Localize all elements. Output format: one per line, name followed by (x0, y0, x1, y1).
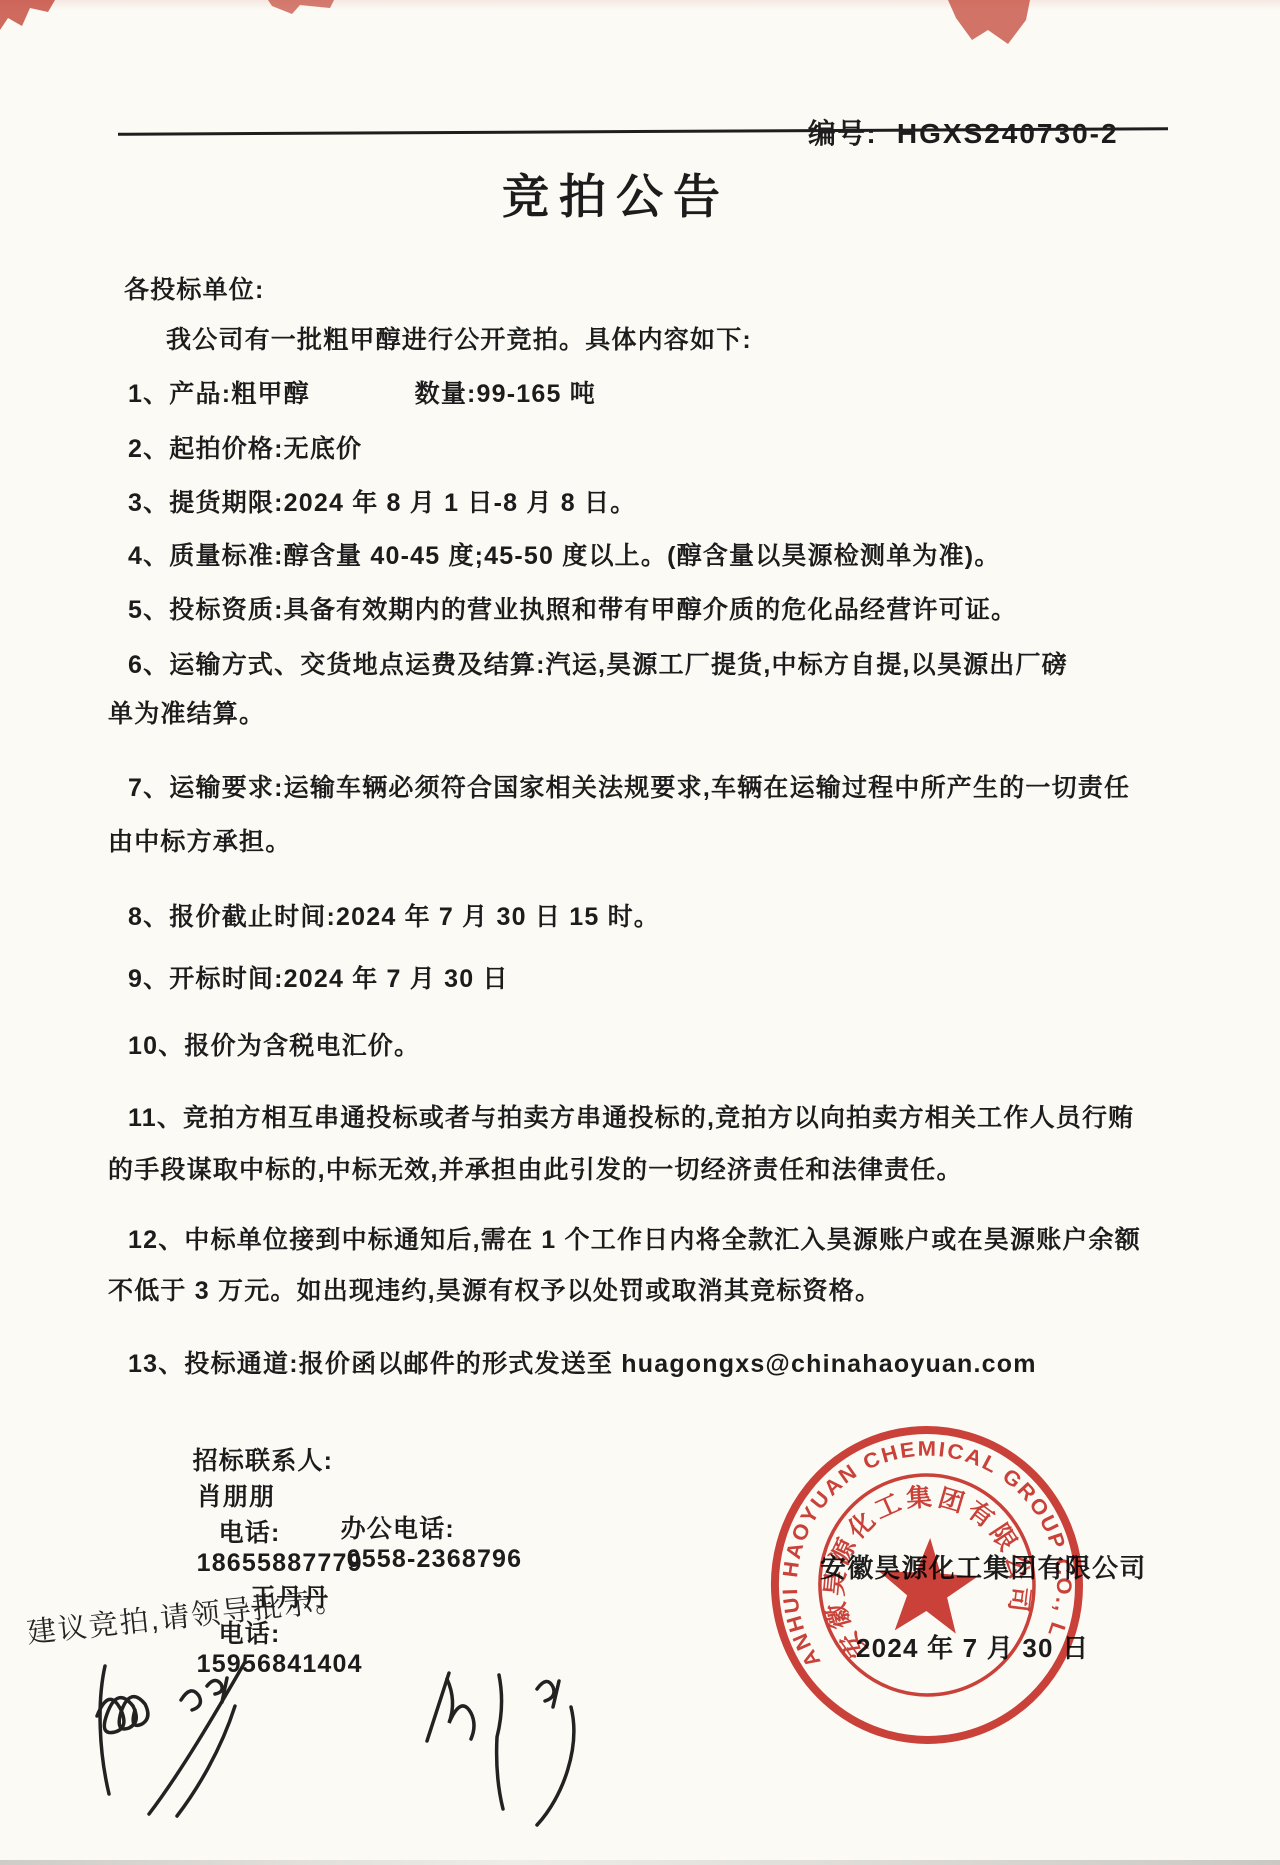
item-line-12a: 12、中标单位接到中标通知后,需在 1 个工作日内将全款汇入昊源账户或在昊源账户… (128, 1220, 1141, 1256)
item-line-6b: 单为准结算。 (108, 694, 265, 730)
star-shape (876, 1535, 980, 1634)
scan-artifacts (0, 0, 1280, 60)
item-line-11a: 11、竞拍方相互串通投标或者与拍卖方串通投标的,竞拍方以向拍卖方相关工作人员行贿 (128, 1098, 1134, 1134)
item-line-2: 2、起拍价格:无底价 (128, 429, 362, 465)
signature-scribble-1 (85, 1640, 325, 1830)
item-line-11b: 的手段谋取中标的,中标无效,并承担由此引发的一切经济责任和法律责任。 (108, 1150, 963, 1186)
salutation: 各投标单位: (124, 270, 265, 306)
item-line-7b: 由中标方承担。 (108, 822, 291, 858)
item-line-9: 9、开标时间:2024 年 7 月 30 日 (128, 959, 509, 995)
item-line-4: 4、质量标准:醇含量 40-45 度;45-50 度以上。(醇含量以昊源检测单为… (128, 536, 1001, 572)
item-line-8: 8、报价截止时间:2024 年 7 月 30 日 15 时。 (128, 897, 660, 933)
company-seal-stamp: ANHUI HAOYUAN CHEMICAL GROUP CO., LTD. 安… (745, 1402, 1108, 1770)
item-line-12b: 不低于 3 万元。如出现违约,昊源有权予以处罚或取消其竞标资格。 (108, 1271, 881, 1307)
contact-phone-label-1: 电话: (219, 1513, 281, 1549)
office-phone-value: 0558-2368796 (347, 1545, 523, 1574)
office-phone-label: 办公电话: (341, 1509, 455, 1545)
intro-paragraph: 我公司有一批粗甲醇进行公开竞拍。具体内容如下: (166, 320, 752, 356)
stamp-ring-text: ANHUI HAOYUAN CHEMICAL GROUP CO., LTD. (745, 1402, 1082, 1676)
item-line-5: 5、投标资质:具备有效期内的营业执照和带有甲醇介质的危化品经营许可证。 (128, 590, 1017, 626)
doc-number-value: HGXS240730-2 (897, 118, 1119, 149)
scan-bottom-edge (0, 1860, 1280, 1865)
contact-person-1: 肖朋朋 (197, 1477, 276, 1513)
item-line-3: 3、提货期限:2024 年 8 月 1 日-8 月 8 日。 (128, 483, 636, 519)
scanned-document-page: 编号:HGXS240730-2 竞拍公告 各投标单位: 我公司有一批粗甲醇进行公… (0, 0, 1280, 1865)
signature-scribble-2 (415, 1645, 625, 1835)
item-line-13: 13、投标通道:报价函以邮件的形式发送至 huagongxs@chinahaoy… (128, 1344, 1037, 1380)
page-title: 竞拍公告 (0, 160, 1232, 227)
doc-number-label: 编号: (808, 118, 877, 149)
item-line-6a: 6、运输方式、交货地点运费及结算:汽运,昊源工厂提货,中标方自提,以昊源出厂磅 (128, 645, 1068, 681)
item-line-1: 1、产品:粗甲醇 数量:99-165 吨 (128, 374, 596, 410)
item-line-7a: 7、运输要求:运输车辆必须符合国家相关法规要求,车辆在运输过程中所产生的一切责任 (128, 768, 1130, 804)
item-line-10: 10、报价为含税电汇价。 (128, 1026, 420, 1062)
contact-label: 招标联系人: (193, 1441, 334, 1477)
